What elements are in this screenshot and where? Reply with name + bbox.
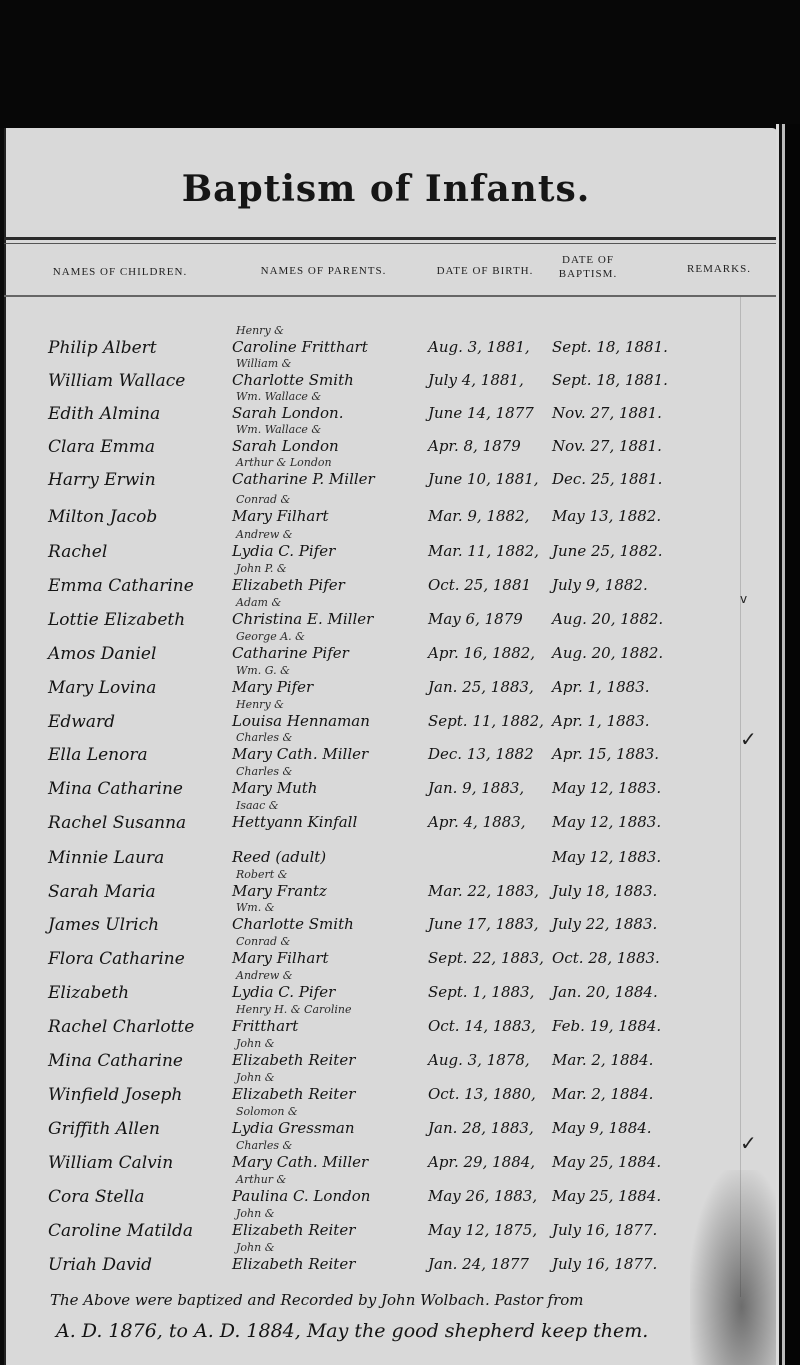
birth-date: Mar. 11, 1882,	[428, 542, 539, 560]
parent-names: Elizabeth Reiter	[232, 1085, 355, 1103]
baptism-date: Apr. 15, 1883.	[552, 745, 659, 763]
parent-father: John &	[236, 1241, 275, 1254]
birth-date: Mar. 22, 1883,	[428, 882, 539, 900]
parent-names: Paulina C. London	[232, 1187, 370, 1205]
parent-father: Isaac &	[236, 799, 279, 812]
birth-date: Aug. 3, 1878,	[428, 1051, 530, 1069]
parent-names: Elizabeth Reiter	[232, 1221, 355, 1239]
entry-row: Elizabeth Andrew & Lydia C. Pifer Sept. …	[0, 975, 776, 1007]
child-name: Caroline Matilda	[48, 1221, 193, 1241]
parent-names: Sarah London.	[232, 404, 343, 422]
birth-date: Jan. 28, 1883,	[428, 1119, 534, 1137]
birth-date: Apr. 16, 1882,	[428, 644, 535, 662]
child-name: Rachel Charlotte	[48, 1017, 194, 1037]
entry-row: Edward Henry & Louisa Hennaman Sept. 11,…	[0, 704, 776, 736]
child-name: Mina Catharine	[48, 779, 183, 799]
baptism-date: Oct. 28, 1883.	[552, 949, 660, 967]
parent-father: Arthur & London	[236, 456, 332, 469]
child-name: Emma Catharine	[48, 576, 194, 596]
parent-father: Wm. Wallace &	[236, 423, 321, 436]
parent-father: Andrew &	[236, 528, 293, 541]
parent-father: John &	[236, 1071, 275, 1084]
child-name: Edith Almina	[48, 404, 160, 424]
child-name: Clara Emma	[48, 437, 155, 457]
baptism-date: May 12, 1883.	[552, 779, 661, 797]
footer-note-line1: The Above were baptized and Recorded by …	[50, 1291, 584, 1309]
child-name: Elizabeth	[48, 983, 129, 1003]
entry-row: William Wallace William & Charlotte Smit…	[0, 363, 776, 395]
parent-father: John &	[236, 1207, 275, 1220]
baptism-date: Mar. 2, 1884.	[552, 1051, 653, 1069]
parent-names: Mary Cath. Miller	[232, 1153, 368, 1171]
baptism-date: July 9, 1882.	[552, 576, 648, 594]
baptism-date: Sept. 18, 1881.	[552, 371, 668, 389]
child-name: Lottie Elizabeth	[48, 610, 185, 630]
entry-row: Griffith Allen Solomon & Lydia Gressman …	[0, 1111, 776, 1143]
child-name: William Calvin	[48, 1153, 173, 1173]
parent-father: Adam &	[236, 596, 281, 609]
entry-row: Flora Catharine Conrad & Mary Filhart Se…	[0, 941, 776, 973]
parent-father: Conrad &	[236, 935, 290, 948]
child-name: Mina Catharine	[48, 1051, 183, 1071]
parent-names: Charlotte Smith	[232, 371, 354, 389]
birth-date: Oct. 14, 1883,	[428, 1017, 536, 1035]
parent-father: Henry H. & Caroline	[236, 1003, 352, 1016]
birth-date: Jan. 25, 1883,	[428, 678, 534, 696]
baptism-date: Feb. 19, 1884.	[552, 1017, 661, 1035]
child-name: Winfield Joseph	[48, 1085, 182, 1105]
parent-father: John &	[236, 1037, 275, 1050]
baptism-date: May 25, 1884.	[552, 1153, 661, 1171]
ink-smudge	[690, 1170, 776, 1365]
birth-date: Apr. 29, 1884,	[428, 1153, 535, 1171]
baptism-date: Mar. 2, 1884.	[552, 1085, 653, 1103]
remark-checkmark-icon: ✓	[740, 727, 757, 751]
baptism-date: Nov. 27, 1881.	[552, 437, 662, 455]
parent-names: Lydia C. Pifer	[232, 542, 335, 560]
child-name: Harry Erwin	[48, 470, 156, 490]
child-name: James Ulrich	[48, 915, 159, 935]
baptism-date: Jan. 20, 1884.	[552, 983, 658, 1001]
birth-date: Jan. 9, 1883,	[428, 779, 524, 797]
parent-names: Mary Pifer	[232, 678, 313, 696]
parent-names: Reed (adult)	[232, 848, 326, 866]
baptism-date: Apr. 1, 1883.	[552, 678, 650, 696]
parent-father: Andrew &	[236, 969, 293, 982]
entry-row: Minnie Laura Reed (adult) May 12, 1883.	[0, 840, 776, 872]
entry-row: Mina Catharine Charles & Mary Muth Jan. …	[0, 771, 776, 803]
parent-names: Mary Frantz	[232, 882, 327, 900]
child-name: Sarah Maria	[48, 882, 156, 902]
birth-date: May 12, 1875,	[428, 1221, 537, 1239]
baptism-date: May 12, 1883.	[552, 813, 661, 831]
parent-father: Robert &	[236, 868, 287, 881]
parent-names: Christina E. Miller	[232, 610, 373, 628]
child-name: Philip Albert	[48, 338, 157, 358]
parent-names: Louisa Hennaman	[232, 712, 370, 730]
parent-names: Elizabeth Reiter	[232, 1051, 355, 1069]
parent-father: Charles &	[236, 765, 292, 778]
book-spine-edge	[776, 124, 800, 1365]
column-header-parents: NAMES OF PARENTS.	[236, 264, 411, 278]
birth-date: Sept. 1, 1883,	[428, 983, 534, 1001]
parent-father: Conrad &	[236, 493, 290, 506]
child-name: Rachel	[48, 542, 107, 562]
entry-row: Mary Lovina Wm. G. & Mary Pifer Jan. 25,…	[0, 670, 776, 702]
birth-date: Aug. 3, 1881,	[428, 338, 530, 356]
entry-row: Sarah Maria Robert & Mary Frantz Mar. 22…	[0, 874, 776, 906]
baptism-date: July 16, 1877.	[552, 1255, 657, 1273]
entry-row: Emma Catharine John P. & Elizabeth Pifer…	[0, 568, 776, 600]
column-header-remarks: REMARKS.	[664, 262, 774, 276]
parent-father: Solomon &	[236, 1105, 298, 1118]
baptism-date: Aug. 20, 1882.	[552, 610, 663, 628]
birth-date: Mar. 9, 1882,	[428, 507, 529, 525]
birth-date: June 17, 1883,	[428, 915, 539, 933]
parent-names: Elizabeth Reiter	[232, 1255, 355, 1273]
parent-names: Hettyann Kinfall	[232, 813, 357, 831]
entry-row: James Ulrich Wm. & Charlotte Smith June …	[0, 907, 776, 939]
child-name: Minnie Laura	[48, 848, 164, 868]
parent-father: Wm. Wallace &	[236, 390, 321, 403]
child-name: Rachel Susanna	[48, 813, 186, 833]
baptism-date: June 25, 1882.	[552, 542, 663, 560]
parent-names: Mary Cath. Miller	[232, 745, 368, 763]
child-name: Flora Catharine	[48, 949, 185, 969]
column-header-birth: DATE OF BIRTH.	[430, 264, 540, 278]
column-header-baptism: DATE OF BAPTISM.	[548, 253, 628, 281]
birth-date: Apr. 4, 1883,	[428, 813, 526, 831]
birth-date: June 10, 1881,	[428, 470, 539, 488]
parent-names: Mary Filhart	[232, 507, 329, 525]
child-name: William Wallace	[48, 371, 185, 391]
baptism-date: July 22, 1883.	[552, 915, 657, 933]
baptism-date: July 18, 1883.	[552, 882, 657, 900]
entry-row: William Calvin Charles & Mary Cath. Mill…	[0, 1145, 776, 1177]
parent-names: Charlotte Smith	[232, 915, 354, 933]
entry-row: Uriah David John & Elizabeth Reiter Jan.…	[0, 1247, 776, 1279]
parent-names: Elizabeth Pifer	[232, 576, 345, 594]
parent-names: Catharine Pifer	[232, 644, 349, 662]
scan-background	[0, 0, 800, 128]
birth-date: June 14, 1877	[428, 404, 534, 422]
entry-row: Caroline Matilda John & Elizabeth Reiter…	[0, 1213, 776, 1245]
birth-date: July 4, 1881,	[428, 371, 524, 389]
parent-father: Wm. &	[236, 901, 275, 914]
entry-row: Rachel Charlotte Henry H. & Caroline Fri…	[0, 1009, 776, 1041]
entry-row: Clara Emma Wm. Wallace & Sarah London Ap…	[0, 429, 776, 461]
baptism-date: Apr. 1, 1883.	[552, 712, 650, 730]
child-name: Edward	[48, 712, 115, 732]
birth-date: Oct. 13, 1880,	[428, 1085, 536, 1103]
entry-row: Harry Erwin Arthur & London Catharine P.…	[0, 462, 776, 494]
child-name: Uriah David	[48, 1255, 152, 1275]
birth-date: Dec. 13, 1882	[428, 745, 534, 763]
parent-names: Mary Muth	[232, 779, 317, 797]
child-name: Ella Lenora	[48, 745, 148, 765]
entry-row: Milton Jacob Conrad & Mary Filhart Mar. …	[0, 499, 776, 531]
parent-father: Wm. G. &	[236, 664, 290, 677]
entry-row: Rachel Susanna Isaac & Hettyann Kinfall …	[0, 805, 776, 837]
header-bottom-rule	[4, 295, 776, 297]
entry-row: Rachel Andrew & Lydia C. Pifer Mar. 11, …	[0, 534, 776, 566]
parent-names: Fritthart	[232, 1017, 298, 1035]
parent-father: Arthur &	[236, 1173, 286, 1186]
baptism-date: Sept. 18, 1881.	[552, 338, 668, 356]
parent-names: Catharine P. Miller	[232, 470, 375, 488]
parent-names: Lydia C. Pifer	[232, 983, 335, 1001]
entry-row: Cora Stella Arthur & Paulina C. London M…	[0, 1179, 776, 1211]
entry-row: Edith Almina Wm. Wallace & Sarah London.…	[0, 396, 776, 428]
parent-father: William &	[236, 357, 291, 370]
entry-row: Mina Catharine John & Elizabeth Reiter A…	[0, 1043, 776, 1075]
parent-names: Lydia Gressman	[232, 1119, 355, 1137]
child-name: Milton Jacob	[48, 507, 157, 527]
birth-date: May 6, 1879	[428, 610, 523, 628]
baptism-date: Nov. 27, 1881.	[552, 404, 662, 422]
parent-names: Sarah London	[232, 437, 339, 455]
header-top-rule	[4, 237, 776, 240]
parent-father: Charles &	[236, 731, 292, 744]
parent-names: Caroline Fritthart	[232, 338, 368, 356]
parent-father: Henry &	[236, 324, 284, 337]
entry-row: Ella Lenora Charles & Mary Cath. Miller …	[0, 737, 776, 769]
birth-date: Sept. 22, 1883,	[428, 949, 544, 967]
birth-date: Oct. 25, 1881	[428, 576, 531, 594]
baptism-date: May 12, 1883.	[552, 848, 661, 866]
baptism-date: May 25, 1884.	[552, 1187, 661, 1205]
baptism-date: Dec. 25, 1881.	[552, 470, 662, 488]
remark-checkmark-icon: v	[740, 592, 747, 606]
footer-note-line2: A. D. 1876, to A. D. 1884, May the good …	[56, 1320, 648, 1342]
column-header-children: NAMES OF CHILDREN.	[30, 265, 210, 279]
page-title: Baptism of Infants.	[0, 168, 772, 210]
birth-date: Sept. 11, 1882,	[428, 712, 544, 730]
entry-row: Winfield Joseph John & Elizabeth Reiter …	[0, 1077, 776, 1109]
baptism-date: May 9, 1884.	[552, 1119, 652, 1137]
birth-date: May 26, 1883,	[428, 1187, 537, 1205]
child-name: Mary Lovina	[48, 678, 156, 698]
child-name: Amos Daniel	[48, 644, 156, 664]
parent-father: Henry &	[236, 698, 284, 711]
parent-father: John P. &	[236, 562, 287, 575]
header-top-rule-thin	[4, 243, 776, 244]
parent-names: Mary Filhart	[232, 949, 329, 967]
birth-date: Apr. 8, 1879	[428, 437, 521, 455]
child-name: Griffith Allen	[48, 1119, 160, 1139]
remark-checkmark-icon: ✓	[740, 1131, 757, 1155]
entry-row: Lottie Elizabeth Adam & Christina E. Mil…	[0, 602, 776, 634]
baptism-date: July 16, 1877.	[552, 1221, 657, 1239]
baptism-date: Aug. 20, 1882.	[552, 644, 663, 662]
parent-father: George A. &	[236, 630, 305, 643]
child-name: Cora Stella	[48, 1187, 144, 1207]
entry-row: Philip Albert Henry & Caroline Fritthart…	[0, 330, 776, 362]
entry-row: Amos Daniel George A. & Catharine Pifer …	[0, 636, 776, 668]
parent-father: Charles &	[236, 1139, 292, 1152]
birth-date: Jan. 24, 1877	[428, 1255, 529, 1273]
baptism-date: May 13, 1882.	[552, 507, 661, 525]
